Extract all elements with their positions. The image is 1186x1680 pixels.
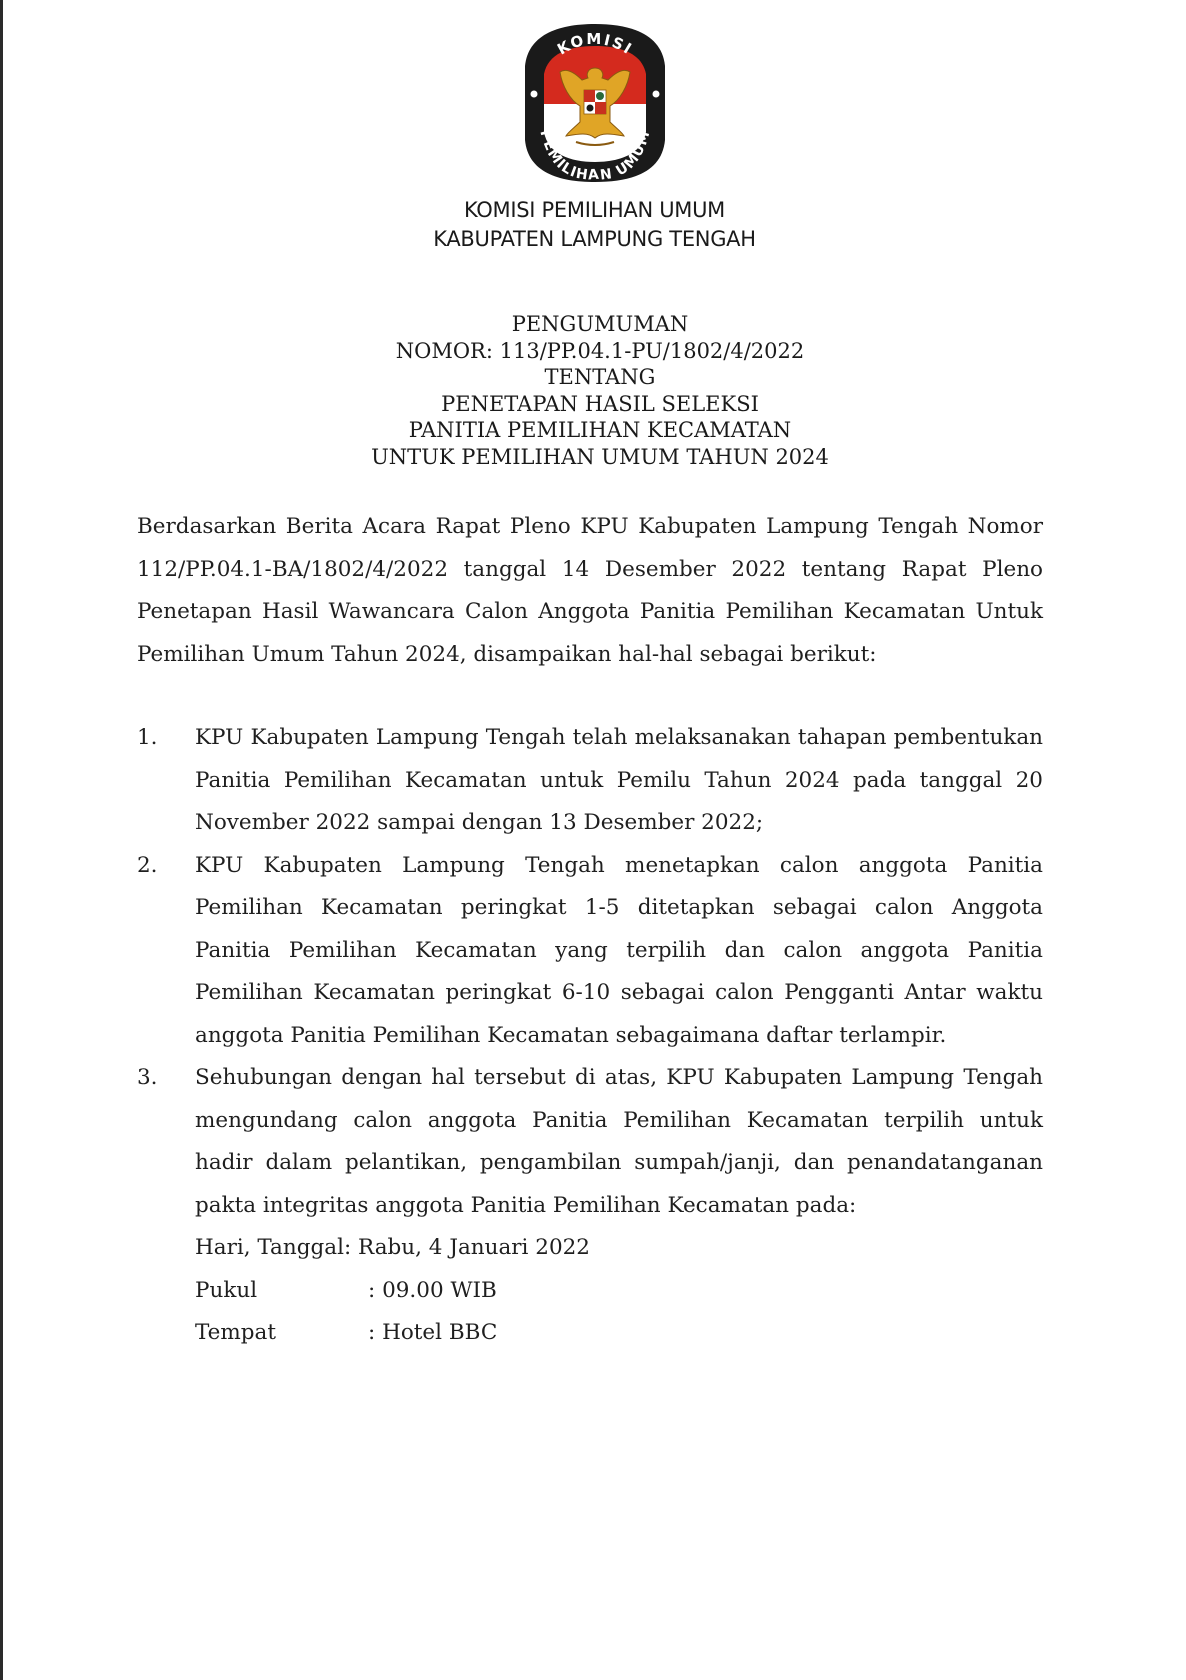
event-time-row: Pukul : 09.00 WIB	[195, 1270, 1043, 1313]
announcement-points: 1. KPU Kabupaten Lampung Tengah telah me…	[137, 717, 1043, 1355]
announcement-title-block: PENGUMUMAN NOMOR: 113/PP.04.1-PU/1802/4/…	[0, 311, 1186, 470]
list-text: Sehubungan dengan hal tersebut di atas, …	[195, 1057, 1043, 1227]
event-place-value: : Hotel BBC	[368, 1312, 497, 1355]
letterhead: KOMISI PEMILIHAN UMUM KABUPATEN LAMPUNG …	[0, 196, 1186, 254]
event-date-row: Hari, Tanggal : Rabu, 4 Januari 2022	[195, 1227, 1043, 1270]
subject-line: PENETAPAN HASIL SELEKSI	[14, 391, 1186, 418]
institution-region: KABUPATEN LAMPUNG TENGAH	[0, 225, 1186, 254]
list-item: 1. KPU Kabupaten Lampung Tengah telah me…	[137, 717, 1043, 845]
list-text: KPU Kabupaten Lampung Tengah menetapkan …	[195, 845, 1043, 1058]
document-number: NOMOR: 113/PP.04.1-PU/1802/4/2022	[14, 338, 1186, 365]
document-type: PENGUMUMAN	[14, 311, 1186, 338]
about-label: TENTANG	[14, 364, 1186, 391]
list-number: 1.	[137, 717, 158, 760]
subject-line: UNTUK PEMILIHAN UMUM TAHUN 2024	[14, 444, 1186, 471]
kpu-logo: KOMISI PEMILIHAN UMUM	[522, 22, 668, 184]
event-place-row: Tempat : Hotel BBC	[195, 1312, 1043, 1355]
list-number: 2.	[137, 845, 158, 888]
event-date-label: Hari, Tanggal	[195, 1227, 344, 1270]
intro-paragraph: Berdasarkan Berita Acara Rapat Pleno KPU…	[137, 506, 1043, 676]
list-item: 2. KPU Kabupaten Lampung Tengah menetapk…	[137, 845, 1043, 1058]
event-time-value: : 09.00 WIB	[368, 1270, 497, 1313]
list-item: 3. Sehubungan dengan hal tersebut di ata…	[137, 1057, 1043, 1355]
event-place-label: Tempat	[195, 1312, 368, 1355]
event-time-label: Pukul	[195, 1270, 368, 1313]
subject-line: PANITIA PEMILIHAN KECAMATAN	[14, 417, 1186, 444]
list-number: 3.	[137, 1057, 158, 1100]
event-date-value: : Rabu, 4 Januari 2022	[344, 1227, 590, 1270]
list-text: KPU Kabupaten Lampung Tengah telah melak…	[195, 717, 1043, 845]
institution-name: KOMISI PEMILIHAN UMUM	[0, 196, 1186, 225]
